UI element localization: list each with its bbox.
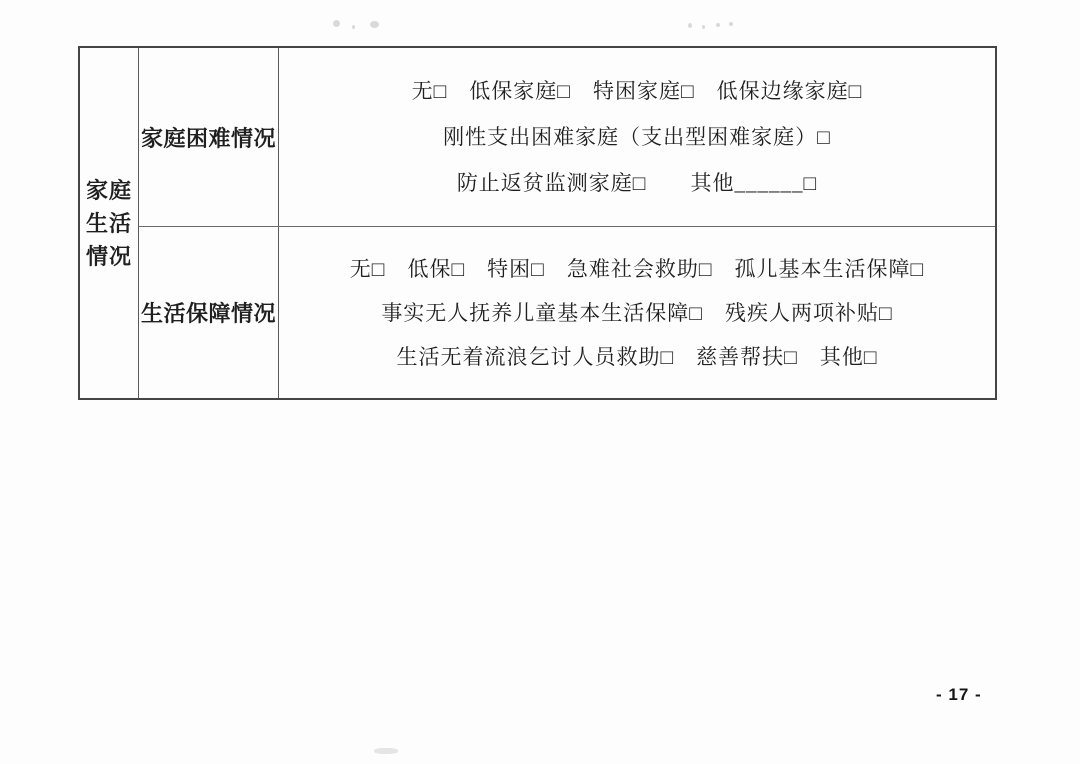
scan-artifact — [370, 21, 379, 28]
row-content-life-security: 无□ 低保□ 特困□ 急难社会救助□ 孤儿基本生活保障□ 事实无人抚养儿童基本生… — [279, 227, 995, 398]
rowgroup-label-line: 情况 — [86, 240, 132, 273]
checkbox-option-line: 刚性支出困难家庭（支出型困难家庭）□ — [443, 114, 831, 160]
rowgroup-label-family-life-situation: 家庭 生活 情况 — [80, 48, 139, 398]
scan-artifact — [729, 22, 733, 26]
scan-artifact — [688, 23, 692, 28]
checkbox-option-line: 事实无人抚养儿童基本生活保障□ 残疾人两项补贴□ — [381, 291, 892, 335]
scan-artifact — [716, 23, 720, 27]
table-rows-container: 家庭困难情况 无□ 低保家庭□ 特困家庭□ 低保边缘家庭□ 刚性支出困难家庭（支… — [139, 48, 995, 398]
scanned-form-page: 家庭 生活 情况 家庭困难情况 无□ 低保家庭□ 特困家庭□ 低保边缘家庭□ 刚… — [0, 0, 1080, 764]
row-label-family-difficulty: 家庭困难情况 — [139, 48, 279, 226]
row-content-family-difficulty: 无□ 低保家庭□ 特困家庭□ 低保边缘家庭□ 刚性支出困难家庭（支出型困难家庭）… — [279, 48, 995, 226]
checkbox-option-line: 无□ 低保□ 特困□ 急难社会救助□ 孤儿基本生活保障□ — [350, 247, 924, 291]
rowgroup-label-line: 生活 — [86, 207, 132, 240]
checkbox-option-line: 无□ 低保家庭□ 特困家庭□ 低保边缘家庭□ — [412, 68, 863, 114]
page-number: - 17 - — [936, 685, 982, 705]
family-life-situation-table: 家庭 生活 情况 家庭困难情况 无□ 低保家庭□ 特困家庭□ 低保边缘家庭□ 刚… — [78, 46, 997, 400]
scan-artifact — [374, 748, 398, 754]
checkbox-option-line: 生活无着流浪乞讨人员救助□ 慈善帮扶□ 其他□ — [396, 335, 877, 379]
rowgroup-label-line: 家庭 — [86, 174, 132, 207]
checkbox-option-line: 防止返贫监测家庭□ 其他______□ — [457, 160, 817, 206]
table-row-life-security: 生活保障情况 无□ 低保□ 特困□ 急难社会救助□ 孤儿基本生活保障□ 事实无人… — [139, 227, 995, 398]
scan-artifact — [333, 20, 340, 27]
scan-artifact — [702, 25, 705, 29]
scan-artifact — [352, 25, 355, 29]
table-row-family-difficulty: 家庭困难情况 无□ 低保家庭□ 特困家庭□ 低保边缘家庭□ 刚性支出困难家庭（支… — [139, 48, 995, 227]
row-label-life-security: 生活保障情况 — [139, 227, 279, 398]
